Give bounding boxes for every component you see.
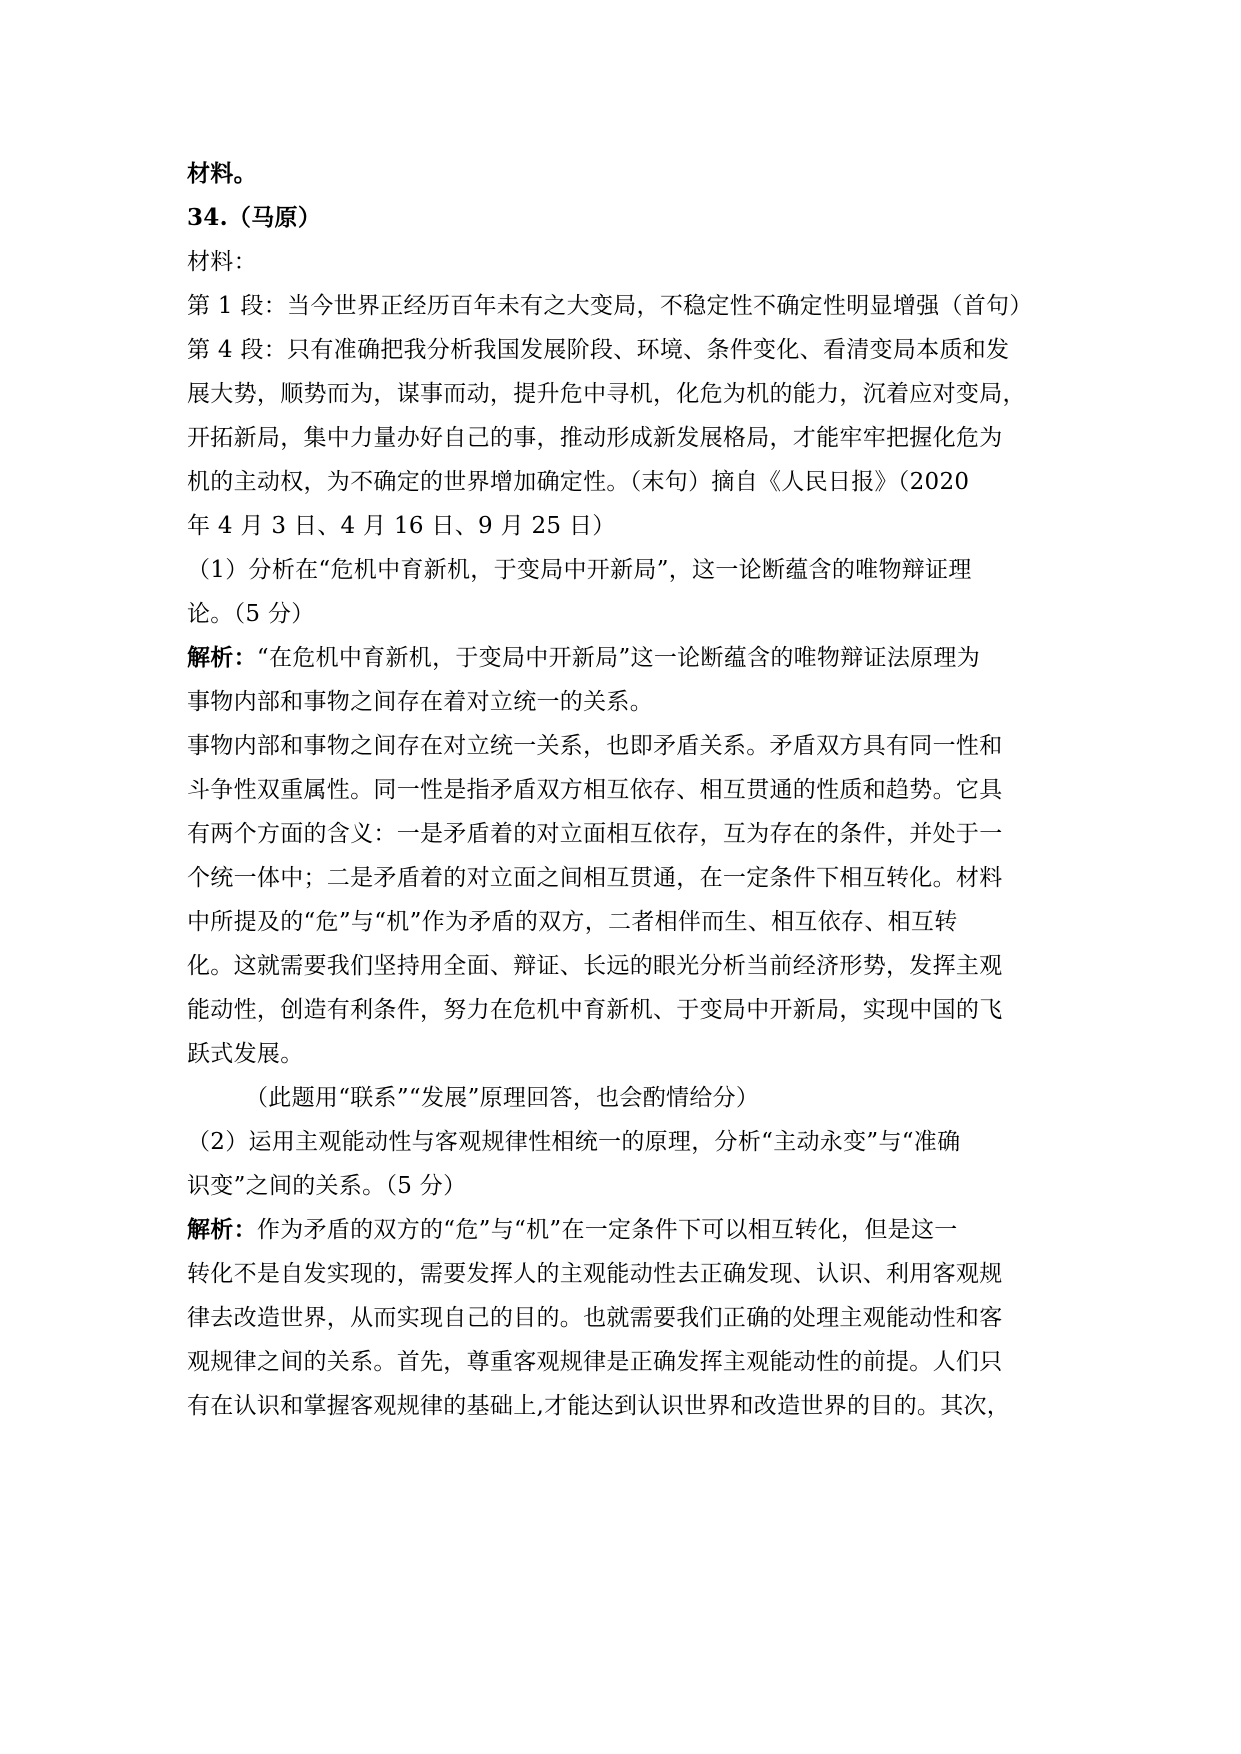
question-1-analysis-first: 解析：“在危机中育新机，于变局中开新局”这一论断蕴含的唯物辩证法原理为 — [187, 636, 1055, 680]
material-line: 展大势，顺势而为，谋事而动，提升危中寻机，化危为机的能力，沉着应对变局， — [187, 372, 1055, 416]
analysis-line: 跃式发展。 — [187, 1032, 1055, 1076]
question-2-analysis-first: 解析：作为矛盾的双方的“危”与“机”在一定条件下可以相互转化，但是这一 — [187, 1208, 1055, 1252]
analysis-line: 斗争性双重属性。同一性是指矛盾双方相互依存、相互贯通的性质和趋势。它具 — [187, 768, 1055, 812]
document-page: 材料。 34.（马原） 材料： 第 1 段：当今世界正经历百年未有之大变局，不稳… — [187, 152, 1055, 1428]
question-1: （1）分析在“危机中育新机，于变局中开新局”，这一论断蕴含的唯物辩证理 论。（5… — [187, 548, 1055, 1120]
material-line: 第 4 段：只有准确把我分析我国发展阶段、环境、条件变化、看清变局本质和发 — [187, 328, 1055, 372]
material-label: 材料： — [187, 240, 1055, 284]
intro-line: 材料。 — [187, 152, 1055, 196]
analysis-line: 转化不是自发实现的，需要发挥人的主观能动性去正确发现、认识、利用客观规 — [187, 1252, 1055, 1296]
analysis-line: 个统一体中；二是矛盾着的对立面之间相互贯通，在一定条件下相互转化。材料 — [187, 856, 1055, 900]
material-line: 第 1 段：当今世界正经历百年未有之大变局，不稳定性不确定性明显增强（首句） — [187, 284, 1055, 328]
analysis-line: 能动性，创造有利条件，努力在危机中育新机、于变局中开新局，实现中国的飞 — [187, 988, 1055, 1032]
analysis-label: 解析： — [187, 644, 257, 671]
question-2-prompt: 识变”之间的关系。（5 分） — [187, 1164, 1055, 1208]
analysis-text: 作为矛盾的双方的“危”与“机”在一定条件下可以相互转化，但是这一 — [257, 1217, 958, 1243]
question-2: （2）运用主观能动性与客观规律性相统一的原理，分析“主动永变”与“准确 识变”之… — [187, 1120, 1055, 1428]
material-line: 年 4 月 3 日、4 月 16 日、9 月 25 日） — [187, 504, 1055, 548]
analysis-line: 有两个方面的含义：一是矛盾着的对立面相互依存，互为存在的条件，并处于一 — [187, 812, 1055, 856]
analysis-line: 事物内部和事物之间存在着对立统一的关系。 — [187, 680, 1055, 724]
question-heading: 34.（马原） — [187, 196, 1055, 240]
question-2-prompt: （2）运用主观能动性与客观规律性相统一的原理，分析“主动永变”与“准确 — [187, 1120, 1055, 1164]
analysis-text: “在危机中育新机，于变局中开新局”这一论断蕴含的唯物辩证法原理为 — [257, 645, 980, 671]
analysis-line: 化。这就需要我们坚持用全面、辩证、长远的眼光分析当前经济形势，发挥主观 — [187, 944, 1055, 988]
question-1-prompt: （1）分析在“危机中育新机，于变局中开新局”，这一论断蕴含的唯物辩证理 — [187, 548, 1055, 592]
material-block: 第 1 段：当今世界正经历百年未有之大变局，不稳定性不确定性明显增强（首句） 第… — [187, 284, 1055, 548]
analysis-label: 解析： — [187, 1216, 257, 1243]
analysis-line: 中所提及的“危”与“机”作为矛盾的双方，二者相伴而生、相互依存、相互转 — [187, 900, 1055, 944]
analysis-line: 律去改造世界，从而实现自己的目的。也就需要我们正确的处理主观能动性和客 — [187, 1296, 1055, 1340]
analysis-line: 事物内部和事物之间存在对立统一关系，也即矛盾关系。矛盾双方具有同一性和 — [187, 724, 1055, 768]
material-line: 机的主动权，为不确定的世界增加确定性。（末句）摘自《人民日报》（2020 — [187, 460, 1055, 504]
question-1-prompt: 论。（5 分） — [187, 592, 1055, 636]
analysis-line: 有在认识和掌握客观规律的基础上,才能达到认识世界和改造世界的目的。其次， — [187, 1384, 1055, 1428]
material-line: 开拓新局，集中力量办好自己的事，推动形成新发展格局，才能牢牢把握化危为 — [187, 416, 1055, 460]
analysis-line: 观规律之间的关系。首先，尊重客观规律是正确发挥主观能动性的前提。人们只 — [187, 1340, 1055, 1384]
scoring-note: （此题用“联系”“发展”原理回答，也会酌情给分） — [187, 1076, 1055, 1120]
